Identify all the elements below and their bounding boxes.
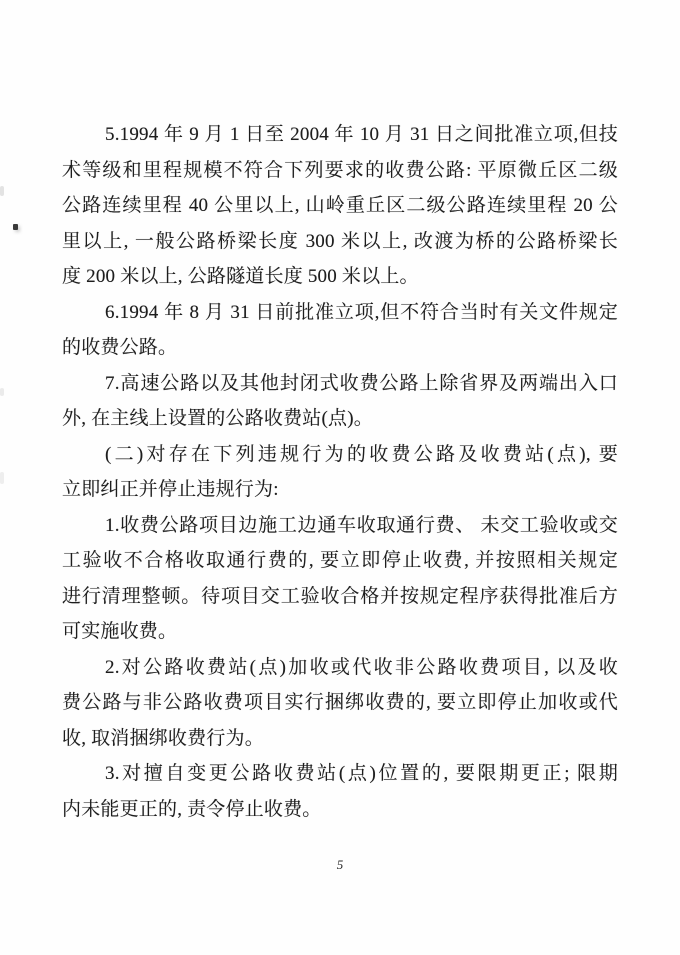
text-line: 公路连续里程 40 公里以上, 山岭重丘区二级公路连续里程 20 公 xyxy=(62,188,618,224)
text-line: 5.1994 年 9 月 1 日至 2004 年 10 月 31 日之间批准立项… xyxy=(62,117,618,153)
text-line: 术等级和里程规模不符合下列要求的收费公路: 平原微丘区二级 xyxy=(62,153,618,189)
paragraph-violation-1: 1.收费公路项目边施工边通车收取通行费、 未交工验收或交 工验收不合格收取通行费… xyxy=(62,508,618,650)
text-line: 6.1994 年 8 月 31 日前批准立项,但不符合当时有关文件规定 xyxy=(62,295,618,331)
text-line: 1.收费公路项目边施工边通车收取通行费、 未交工验收或交 xyxy=(62,508,618,544)
text-line: 工验收不合格收取通行费的, 要立即停止收费, 并按照相关规定 xyxy=(62,543,618,579)
paragraph-item-6: 6.1994 年 8 月 31 日前批准立项,但不符合当时有关文件规定 的收费公… xyxy=(62,295,618,366)
paragraph-item-7: 7.高速公路以及其他封闭式收费公路上除省界及两端出入口 外, 在主线上设置的公路… xyxy=(62,366,618,437)
paragraph-subsection-2: (二)对存在下列违规行为的收费公路及收费站(点), 要 立即纠正并停止违规行为: xyxy=(62,437,618,508)
text-line: 立即纠正并停止违规行为: xyxy=(62,472,618,508)
paragraph-item-5: 5.1994 年 9 月 1 日至 2004 年 10 月 31 日之间批准立项… xyxy=(62,117,618,295)
text-line: 里以上, 一般公路桥梁长度 300 米以上, 改渡为桥的公路桥梁长 xyxy=(62,224,618,260)
paragraph-violation-3: 3.对擅自变更公路收费站(点)位置的, 要限期更正; 限期 内未能更正的, 责令… xyxy=(62,756,618,827)
page-number: 5 xyxy=(0,857,680,873)
text-line: 度 200 米以上, 公路隧道长度 500 米以上。 xyxy=(62,259,618,295)
scan-artifact-edge xyxy=(0,388,4,396)
text-line: 7.高速公路以及其他封闭式收费公路上除省界及两端出入口 xyxy=(62,366,618,402)
scanned-document-page: 5.1994 年 9 月 1 日至 2004 年 10 月 31 日之间批准立项… xyxy=(0,0,680,955)
text-line: (二)对存在下列违规行为的收费公路及收费站(点), 要 xyxy=(62,437,618,473)
text-line: 的收费公路。 xyxy=(62,330,618,366)
scan-artifact-speck xyxy=(13,224,18,230)
text-line: 费公路与非公路收费项目实行捆绑收费的, 要立即停止加收或代 xyxy=(62,685,618,721)
scan-artifact-edge xyxy=(0,186,4,196)
text-line: 3.对擅自变更公路收费站(点)位置的, 要限期更正; 限期 xyxy=(62,756,618,792)
scan-artifact-edge xyxy=(0,472,4,484)
text-line: 收, 取消捆绑收费行为。 xyxy=(62,721,618,757)
text-line: 外, 在主线上设置的公路收费站(点)。 xyxy=(62,401,618,437)
paragraph-violation-2: 2.对公路收费站(点)加收或代收非公路收费项目, 以及收 费公路与非公路收费项目… xyxy=(62,650,618,757)
text-line: 内未能更正的, 责令停止收费。 xyxy=(62,792,618,828)
text-line: 进行清理整顿。待项目交工验收合格并按规定程序获得批准后方 xyxy=(62,579,618,615)
text-line: 2.对公路收费站(点)加收或代收非公路收费项目, 以及收 xyxy=(62,650,618,686)
document-body: 5.1994 年 9 月 1 日至 2004 年 10 月 31 日之间批准立项… xyxy=(62,117,618,827)
text-line: 可实施收费。 xyxy=(62,614,618,650)
